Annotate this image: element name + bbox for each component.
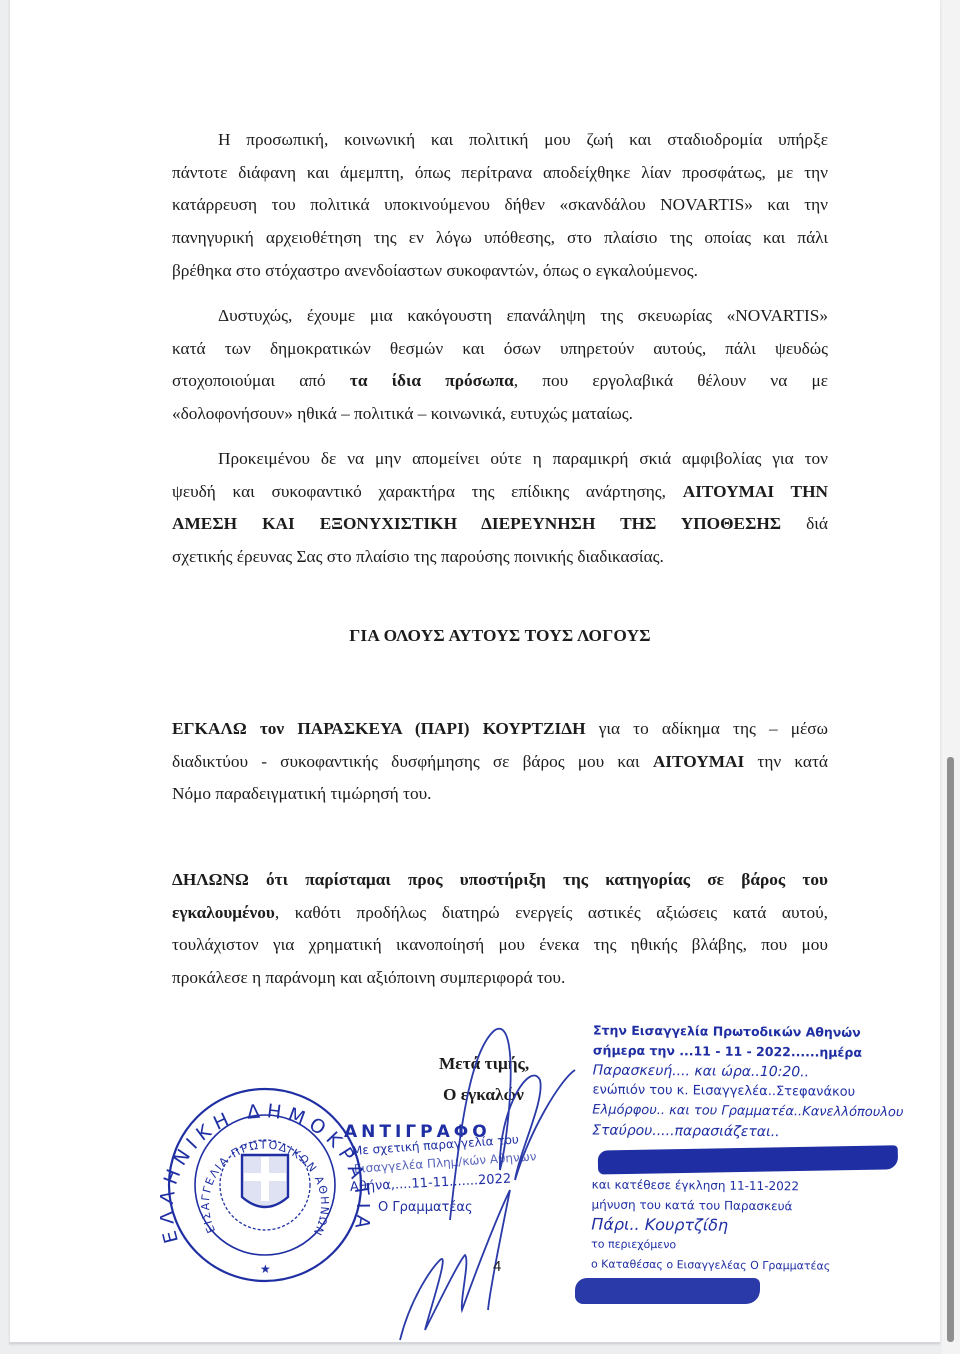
- prosecutor-round-stamp: ΕΛΛΗΝΙΚΗ ΔΗΜΟΚΡΑΤΙΑ ΕΙΣΑΓΓΕΛΙΑ ΠΡΩΤΟΔΙΚΩ…: [160, 1085, 370, 1285]
- paragraph-novartis: Δυστυχώς, έχουμε μια κακόγουστη επανάληψ…: [172, 300, 828, 431]
- page-number: 4: [493, 1258, 501, 1275]
- paragraph-line: ΕΓΚΑΛΩ τον ΠΑΡΑΣΚΕΥΑ (ΠΑΡΙ) ΚΟΥΡΤΖΙΔΗ γι…: [172, 713, 828, 746]
- scrollbar-thumb[interactable]: [947, 757, 954, 1342]
- paragraph-line: κατάρρευση του πολιτικά υποκινούμενου δή…: [172, 189, 828, 222]
- signature: [390, 1010, 590, 1350]
- paragraph-investigation-request: Προκειμένου δε να μην απομείνει ούτε η π…: [172, 443, 828, 574]
- paragraph-line: Δυστυχώς, έχουμε μια κακόγουστη επανάληψ…: [218, 306, 828, 325]
- paragraph-line: τουλάχιστον για χρηματική ικανοποίησή μο…: [172, 929, 828, 962]
- paragraph-line: Η προσωπική, κοινωνική και πολιτική μου …: [218, 130, 828, 149]
- paragraph-line: ψευδή και συκοφαντικό χαρακτήρα της επίδ…: [172, 476, 828, 509]
- section-heading: ΓΙΑ ΟΛΟΥΣ ΑΥΤΟΥΣ ΤΟΥΣ ΛΟΓΟΥΣ: [172, 626, 828, 646]
- svg-text:★: ★: [260, 1262, 271, 1276]
- paragraph-line: προκάλεσε η παράνομη και αξιόποινη συμπε…: [172, 962, 828, 995]
- paragraph-line: Προκειμένου δε να μην απομείνει ούτε η π…: [218, 449, 828, 468]
- paragraph-line: πάντοτε διάφανη και άμεμπτη, όπως περίτρ…: [172, 157, 828, 190]
- filing-stamp: Στην Εισαγγελία Πρωτοδικών Αθηνών σήμερα…: [591, 1021, 933, 1278]
- paragraph-line: πανηγυρική αρχειοθέτηση της εν λόγω υπόθ…: [172, 222, 828, 255]
- paragraph-line: ΔΗΛΩΝΩ ότι παρίσταμαι προς υποστήριξη τη…: [172, 864, 828, 897]
- paragraph-line: στοχοποιούμαι από τα ίδια πρόσωπα, που ε…: [172, 365, 828, 398]
- document-page: Η προσωπική, κοινωνική και πολιτική μου …: [9, 0, 940, 1344]
- paragraph-line: βρέθηκα στο στόχαστρο ανενδοίαστων συκοφ…: [172, 255, 828, 288]
- redacted-block: [575, 1278, 760, 1304]
- paragraph-line: κατά των δημοκρατικών θεσμών και όσων υπ…: [172, 333, 828, 366]
- paragraph-line: διαδικτύου - συκοφαντικής δυσφήμησης σε …: [172, 746, 828, 779]
- paragraph-line: ΑΜΕΣΗ ΚΑΙ ΕΞΟΝΥΧΙΣΤΙΚΗ ΔΙΕΡΕΥΝΗΣΗ ΤΗΣ ΥΠ…: [172, 508, 828, 541]
- paragraph-declaration: ΔΗΛΩΝΩ ότι παρίσταμαι προς υποστήριξη τη…: [172, 864, 828, 995]
- filing-stamp-line: ο Καταθέσας ο Εισαγγελέας Ο Γραμματέας: [591, 1255, 931, 1278]
- paragraph-line: εγκαλουμένου, καθότι προδήλως διατηρώ εν…: [172, 897, 828, 930]
- paragraph-integrity: Η προσωπική, κοινωνική και πολιτική μου …: [172, 124, 828, 288]
- paragraph-line: «δολοφονήσουν» ηθικά – πολιτικά – κοινων…: [172, 398, 828, 431]
- redacted-block: [592, 1141, 932, 1178]
- paragraph-complaint: ΕΓΚΑΛΩ τον ΠΑΡΑΣΚΕΥΑ (ΠΑΡΙ) ΚΟΥΡΤΖΙΔΗ γι…: [172, 713, 828, 811]
- paragraph-line: σχετικής έρευνας Σας στο πλαίσιο της παρ…: [172, 541, 828, 574]
- paragraph-line: Νόμο παραδειγματική τιμώρησή του.: [172, 778, 828, 811]
- scrollbar[interactable]: [942, 0, 960, 1354]
- bold-phrase: τα ίδια πρόσωπα: [350, 371, 514, 390]
